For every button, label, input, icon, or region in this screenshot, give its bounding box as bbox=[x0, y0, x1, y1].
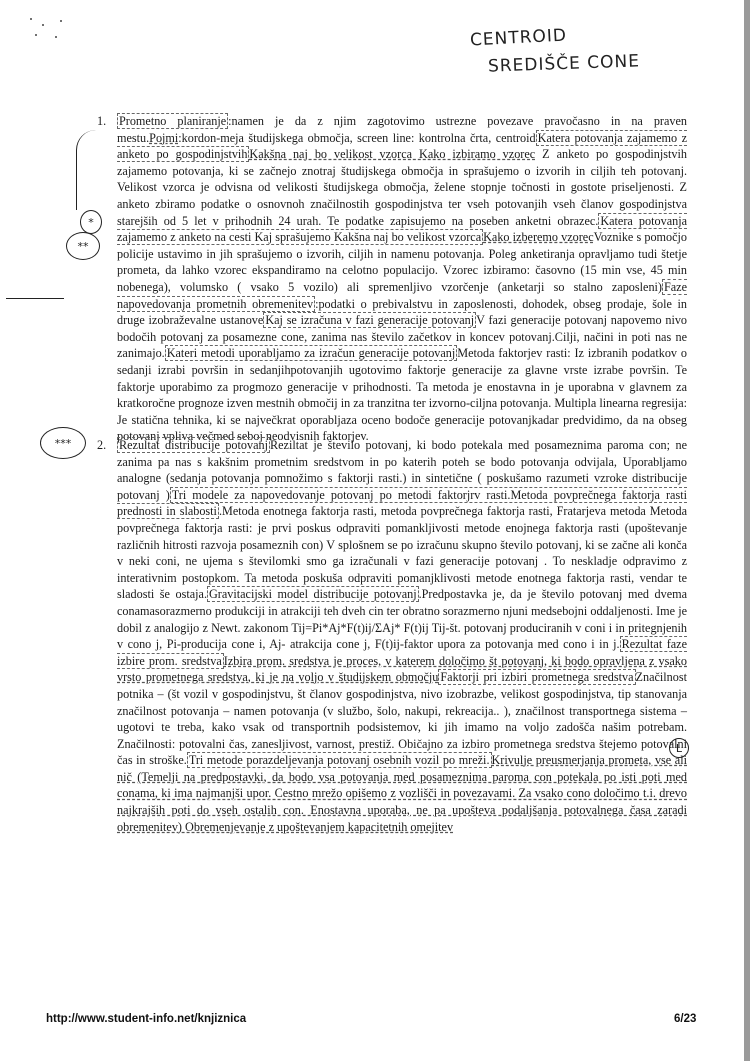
margin-annotation-double-star: ** bbox=[66, 232, 100, 260]
scan-speck bbox=[35, 34, 37, 36]
question-heading: Kateri metodi uporabljamo za izračun gen… bbox=[165, 345, 458, 361]
scan-speck bbox=[30, 18, 32, 20]
question-heading: Kaj se izračuna v fazi generacije potova… bbox=[263, 312, 476, 328]
page-number: 6/23 bbox=[674, 1013, 696, 1025]
question-heading: Gravitacijski model distribucije potovan… bbox=[207, 586, 419, 602]
footer-url-link[interactable]: http://www.student-info.net/knjiznica bbox=[46, 1013, 246, 1025]
handwritten-note-centroid: CENTROID bbox=[470, 25, 568, 50]
margin-annotation-triple-star: *** bbox=[40, 427, 86, 459]
margin-arrow bbox=[76, 130, 97, 210]
section-body: Rezultat distribucije potovanjReziltat j… bbox=[117, 437, 687, 835]
question-heading: Tri metode porazdeljevanja potovanj oseb… bbox=[187, 752, 492, 768]
handwritten-note-sredisce: SREDIŠČE CONE bbox=[488, 51, 641, 76]
underlined-phrase: Kako izberemo vzorec bbox=[483, 230, 594, 244]
question-heading: Rezultat distribucije potovanj bbox=[117, 437, 270, 453]
section-2: 2. Rezultat distribucije potovanjRezilta… bbox=[97, 437, 687, 835]
margin-dash bbox=[6, 298, 64, 299]
scan-speck bbox=[60, 20, 62, 22]
question-heading: Faktorji pri izbiri prometnega sredstva bbox=[438, 669, 635, 685]
section-number: 2. bbox=[97, 437, 117, 454]
section-1: 1. Prometno planiranje:namen je da z nji… bbox=[97, 113, 687, 445]
question-heading: Prometno planiranje bbox=[117, 113, 228, 129]
underlined-phrase: Pojmi bbox=[149, 131, 178, 145]
body-text: :kordon-meja študijskega območja, screen… bbox=[178, 131, 535, 145]
scan-edge bbox=[744, 0, 750, 1061]
scan-speck bbox=[42, 24, 44, 26]
section-number: 1. bbox=[97, 113, 117, 130]
section-body: Prometno planiranje:namen je da z njim z… bbox=[117, 113, 687, 445]
underlined-phrase: Kakšna naj bo velikost vzorca Kako izbir… bbox=[249, 147, 535, 161]
scan-speck bbox=[55, 36, 57, 38]
